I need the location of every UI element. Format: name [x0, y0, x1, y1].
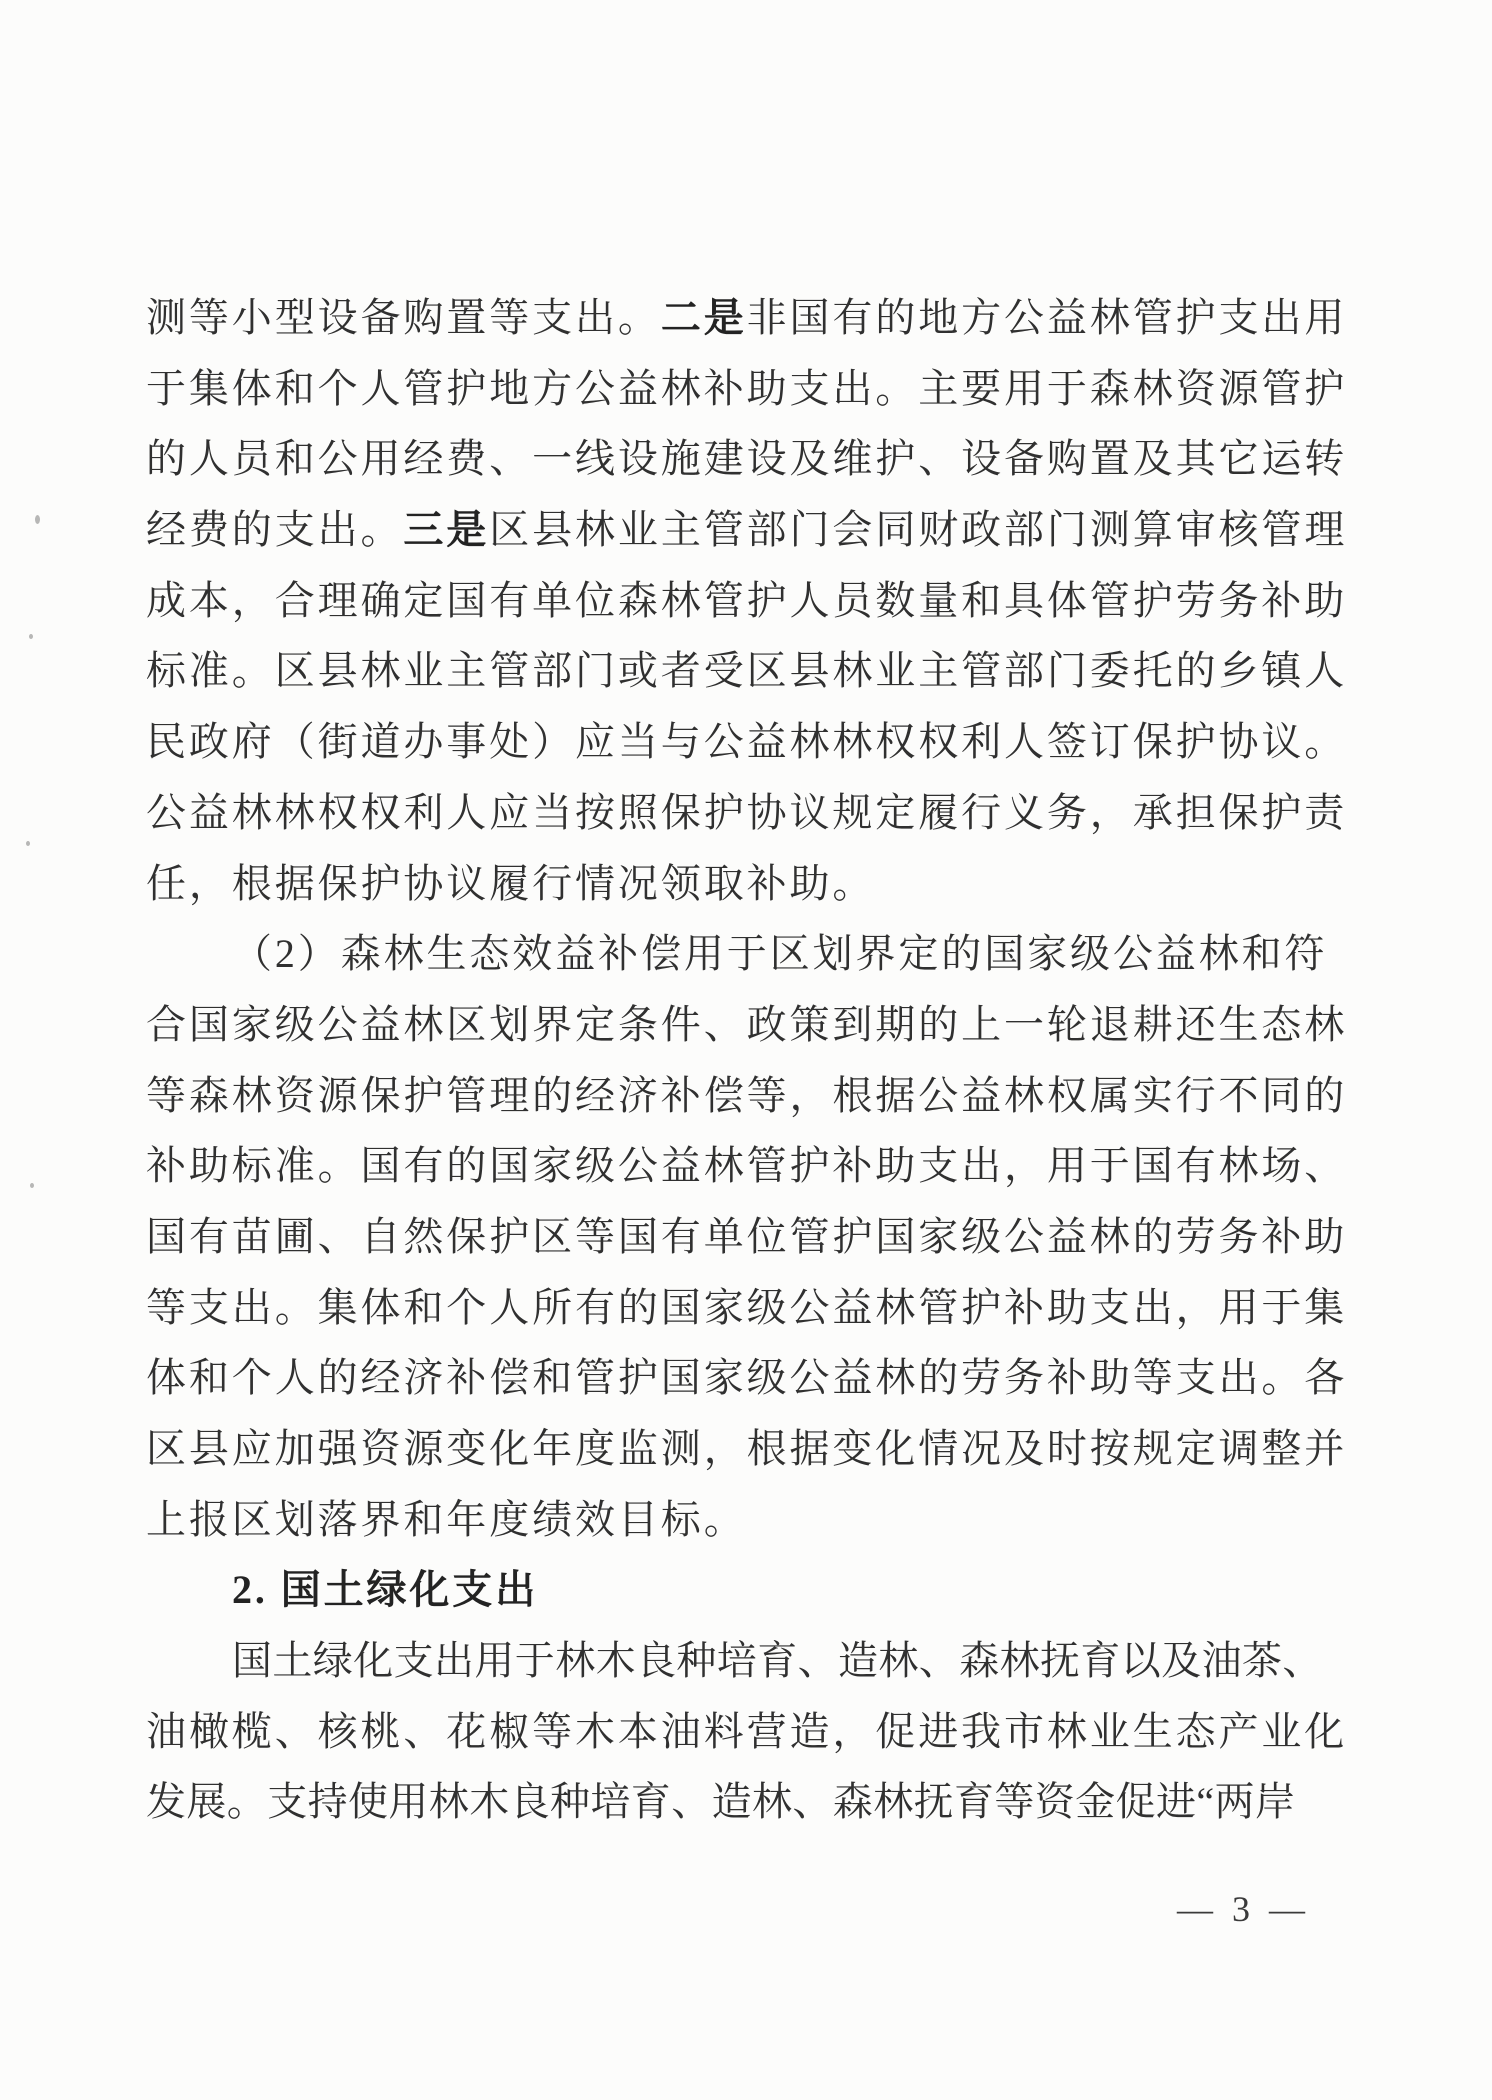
text-line: 经费的支出。三是区县林业主管部门会同财政部门测算审核管理 — [146, 495, 1352, 566]
text-line: 体和个人的经济补偿和管护国家级公益林的劳务补助等支出。各 — [146, 1343, 1352, 1414]
text-run: 公益林林权权利人应当按照保护协议规定履行义务，承担保护责 — [146, 790, 1347, 835]
text-run: 的人员和公用经费、一线设施建设及维护、设备购置及其它运转 — [146, 436, 1347, 481]
text-line: 合国家级公益林区划界定条件、政策到期的上一轮退耕还生态林 — [146, 990, 1352, 1061]
text-run: 发展。支持使用林木良种培育、造林、森林抚育等资金促进“两岸 — [146, 1779, 1295, 1824]
text-line: 任，根据保护协议履行情况领取补助。 — [146, 849, 1352, 920]
document-page: 测等小型设备购置等支出。二是非国有的地方公益林管护支出用于集体和个人管护地方公益… — [0, 0, 1492, 2100]
text-run: 等森林资源保护管理的经济补偿等，根据公益林权属实行不同的 — [146, 1073, 1347, 1118]
text-run: 标准。区县林业主管部门或者受区县林业主管部门委托的乡镇人 — [146, 648, 1347, 693]
text-line: （2）森林生态效益补偿用于区划界定的国家级公益林和符 — [146, 919, 1352, 990]
emphasis-text-run: 二是 — [661, 295, 747, 340]
text-run: 成本，合理确定国有单位森林管护人员数量和具体管护劳务补助 — [146, 578, 1347, 623]
text-run: 任，根据保护协议履行情况领取补助。 — [146, 861, 875, 906]
text-run: 合国家级公益林区划界定条件、政策到期的上一轮退耕还生态林 — [146, 1002, 1347, 1047]
text-run: 等支出。集体和个人所有的国家级公益林管护补助支出，用于集 — [146, 1285, 1347, 1330]
text-run: 上报区划落界和年度绩效目标。 — [146, 1497, 747, 1542]
page-number: — 3 — — [1177, 1888, 1310, 1930]
text-line: 发展。支持使用林木良种培育、造林、森林抚育等资金促进“两岸 — [146, 1767, 1352, 1838]
text-run: 区县林业主管部门会同财政部门测算审核管理 — [489, 507, 1347, 552]
scan-noise-speck — [35, 515, 40, 524]
emphasis-text-run: 三是 — [403, 507, 489, 552]
text-line: 油橄榄、核桃、花椒等木本油料营造，促进我市林业生态产业化 — [146, 1697, 1352, 1768]
emphasis-text-run: 2. 国土绿化支出 — [232, 1567, 538, 1612]
text-run: 测等小型设备购置等支出。 — [146, 295, 661, 340]
text-run: 区县应加强资源变化年度监测，根据变化情况及时按规定调整并 — [146, 1426, 1347, 1471]
text-line: 的人员和公用经费、一线设施建设及维护、设备购置及其它运转 — [146, 424, 1352, 495]
text-run: 于集体和个人管护地方公益林补助支出。主要用于森林资源管护 — [146, 366, 1347, 411]
document-text-block: 测等小型设备购置等支出。二是非国有的地方公益林管护支出用于集体和个人管护地方公益… — [146, 283, 1352, 1838]
text-line: 民政府（街道办事处）应当与公益林林权权利人签订保护协议。 — [146, 707, 1352, 778]
text-line: 补助标准。国有的国家级公益林管护补助支出，用于国有林场、 — [146, 1131, 1352, 1202]
text-run: 国土绿化支出用于林木良种培育、造林、森林抚育以及油茶、 — [232, 1638, 1323, 1683]
text-line: 公益林林权权利人应当按照保护协议规定履行义务，承担保护责 — [146, 778, 1352, 849]
text-line: 区县应加强资源变化年度监测，根据变化情况及时按规定调整并 — [146, 1414, 1352, 1485]
text-line: 国有苗圃、自然保护区等国有单位管护国家级公益林的劳务补助 — [146, 1202, 1352, 1273]
text-run: （2）森林生态效益补偿用于区划界定的国家级公益林和符 — [232, 931, 1327, 976]
text-run: 民政府（街道办事处）应当与公益林林权权利人签订保护协议。 — [146, 719, 1347, 764]
text-line: 测等小型设备购置等支出。二是非国有的地方公益林管护支出用 — [146, 283, 1352, 354]
text-run: 体和个人的经济补偿和管护国家级公益林的劳务补助等支出。各 — [146, 1355, 1347, 1400]
text-run: 油橄榄、核桃、花椒等木本油料营造，促进我市林业生态产业化 — [146, 1709, 1347, 1754]
text-line: 于集体和个人管护地方公益林补助支出。主要用于森林资源管护 — [146, 354, 1352, 425]
text-run: 非国有的地方公益林管护支出用 — [747, 295, 1348, 340]
scan-noise-speck — [26, 841, 30, 846]
scan-noise-speck — [30, 1183, 34, 1188]
text-run: 经费的支出。 — [146, 507, 403, 552]
scan-noise-speck — [29, 634, 33, 639]
text-line: 上报区划落界和年度绩效目标。 — [146, 1485, 1352, 1556]
text-run: 国有苗圃、自然保护区等国有单位管护国家级公益林的劳务补助 — [146, 1214, 1347, 1259]
text-line: 等森林资源保护管理的经济补偿等，根据公益林权属实行不同的 — [146, 1061, 1352, 1132]
text-line: 等支出。集体和个人所有的国家级公益林管护补助支出，用于集 — [146, 1273, 1352, 1344]
text-line: 国土绿化支出用于林木良种培育、造林、森林抚育以及油茶、 — [146, 1626, 1352, 1697]
text-line: 成本，合理确定国有单位森林管护人员数量和具体管护劳务补助 — [146, 566, 1352, 637]
text-run: 补助标准。国有的国家级公益林管护补助支出，用于国有林场、 — [146, 1143, 1347, 1188]
section-heading: 2. 国土绿化支出 — [146, 1555, 1352, 1626]
text-line: 标准。区县林业主管部门或者受区县林业主管部门委托的乡镇人 — [146, 636, 1352, 707]
